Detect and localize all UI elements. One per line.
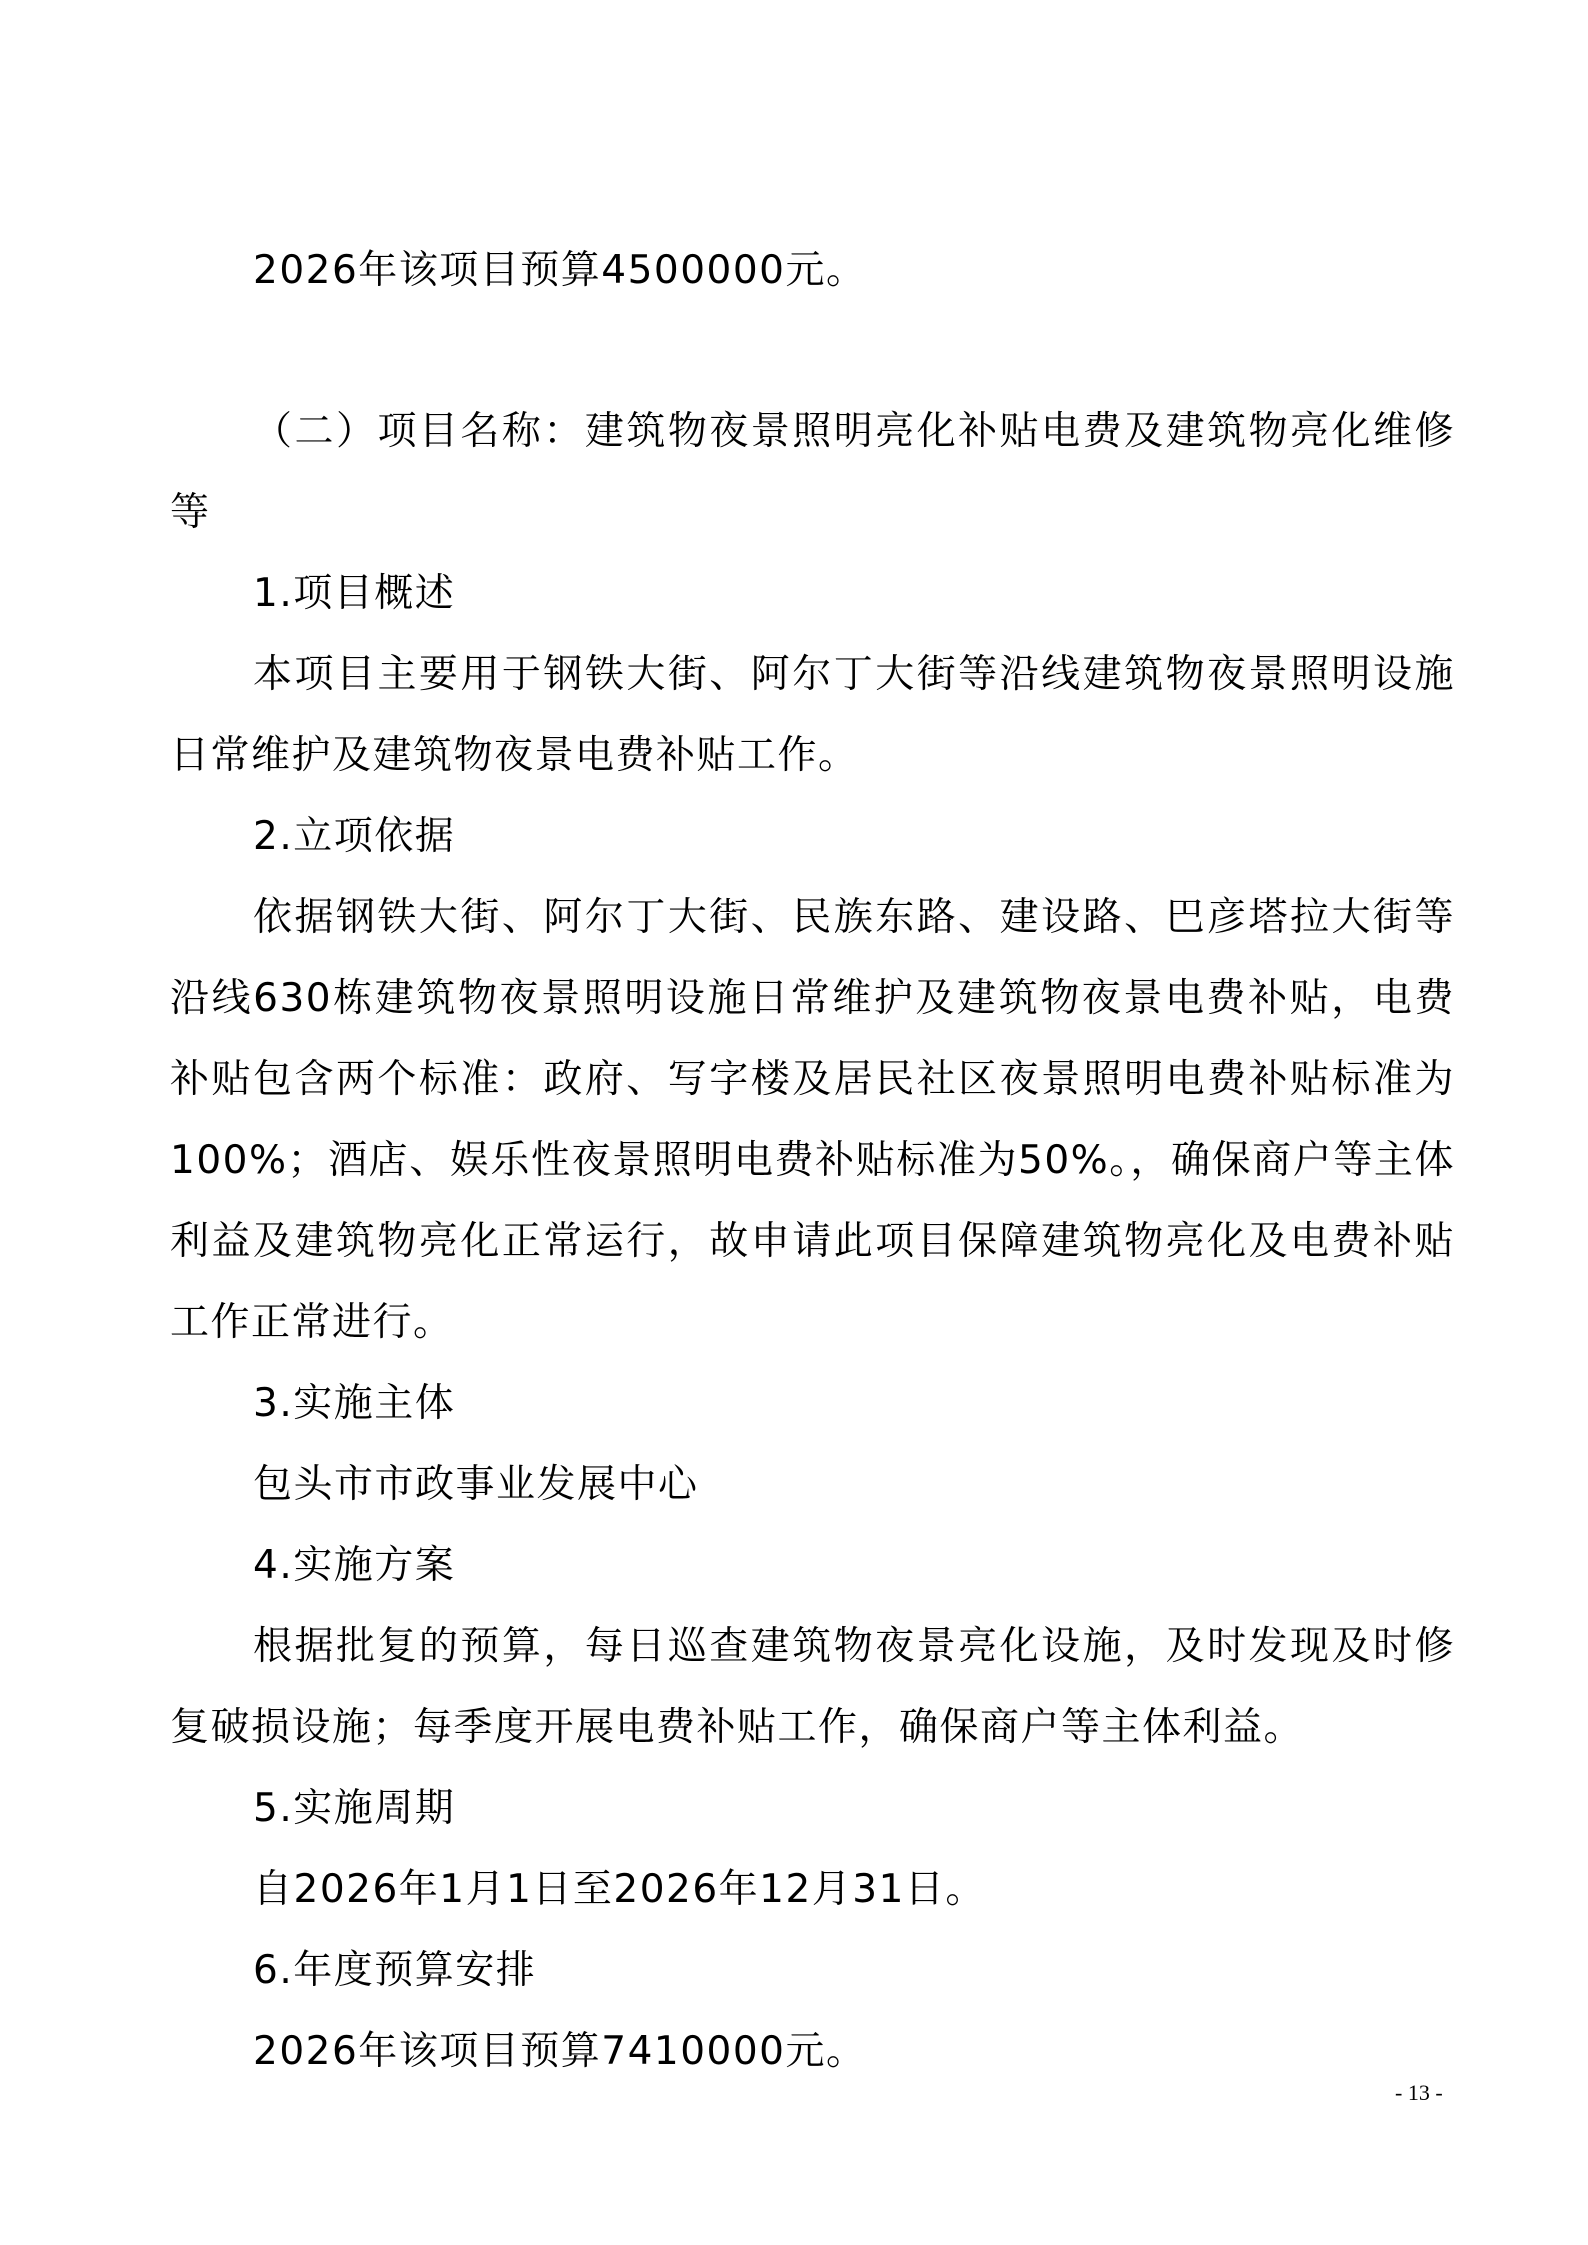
- previous-section-budget: 2026年该项目预算4500000元。: [170, 230, 1455, 311]
- item-heading-basis: 2.立项依据: [170, 796, 1455, 877]
- section-gap: [170, 311, 1455, 391]
- item-body-basis: 依据钢铁大街、阿尔丁大街、民族东路、建设路、巴彦塔拉大街等沿线630栋建筑物夜景…: [170, 877, 1455, 1363]
- item-heading-overview: 1.项目概述: [170, 553, 1455, 634]
- item-body-plan: 根据批复的预算，每日巡查建筑物夜景亮化设施，及时发现及时修复破损设施；每季度开展…: [170, 1606, 1455, 1768]
- item-body-implementer: 包头市市政事业发展中心: [170, 1444, 1455, 1525]
- item-body-budget: 2026年该项目预算7410000元。: [170, 2011, 1455, 2092]
- item-body-overview: 本项目主要用于钢铁大街、阿尔丁大街等沿线建筑物夜景照明设施日常维护及建筑物夜景电…: [170, 634, 1455, 796]
- document-page: 2026年该项目预算4500000元。 （二）项目名称：建筑物夜景照明亮化补贴电…: [170, 230, 1455, 2092]
- item-heading-implementer: 3.实施主体: [170, 1363, 1455, 1444]
- item-body-period: 自2026年1月1日至2026年12月31日。: [170, 1849, 1455, 1930]
- page-number: - 13 -: [1395, 2080, 1443, 2106]
- section-heading: （二）项目名称：建筑物夜景照明亮化补贴电费及建筑物亮化维修等: [170, 391, 1455, 553]
- item-heading-budget: 6.年度预算安排: [170, 1930, 1455, 2011]
- item-heading-period: 5.实施周期: [170, 1768, 1455, 1849]
- item-heading-plan: 4.实施方案: [170, 1525, 1455, 1606]
